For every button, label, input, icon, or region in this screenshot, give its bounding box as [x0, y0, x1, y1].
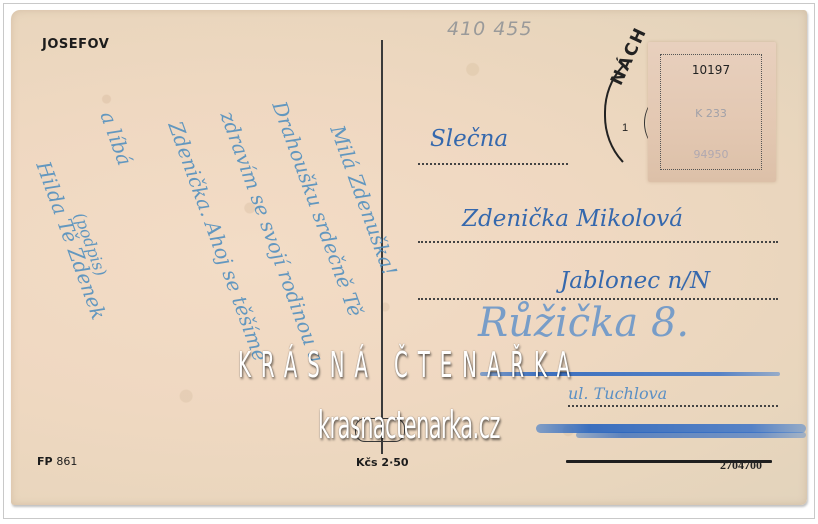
pencil-note: 410 455 — [447, 18, 533, 40]
stamp-line-3: 94950 — [661, 148, 761, 161]
place-name: JOSEFOV — [42, 37, 109, 52]
address-line-4: Růžička 8. — [478, 300, 689, 346]
address-line-1: Slečna — [430, 126, 508, 152]
watermark-url: krasnactenarka.cz — [184, 403, 634, 447]
stamp-perforation-border: 10197 K 233 94950 — [660, 54, 762, 170]
watermark-title: KRÁSNÁ ČTENAŘKA — [184, 345, 634, 386]
publisher-code: FP 861 — [37, 455, 77, 468]
postage-stamp: 10197 K 233 94950 — [648, 42, 776, 182]
address-line-2: Zdenička Mikolová — [462, 206, 683, 232]
address-line-3: Jablonec n/N — [560, 268, 710, 294]
stamp-line-1: 10197 — [661, 63, 761, 77]
publisher-code-number: 861 — [56, 455, 77, 468]
price-label: Kčs 2·50 — [356, 456, 409, 469]
serial-number: 2704700 — [720, 458, 762, 473]
postmark-digit: 1 — [622, 122, 628, 134]
stamp-line-2: K 233 — [661, 107, 761, 120]
address-dotted-line-2 — [418, 241, 778, 243]
publisher-code-prefix: FP — [37, 455, 53, 468]
address-dotted-line-1 — [418, 163, 568, 165]
address-line-5: ul. Tuchlova — [568, 384, 667, 403]
